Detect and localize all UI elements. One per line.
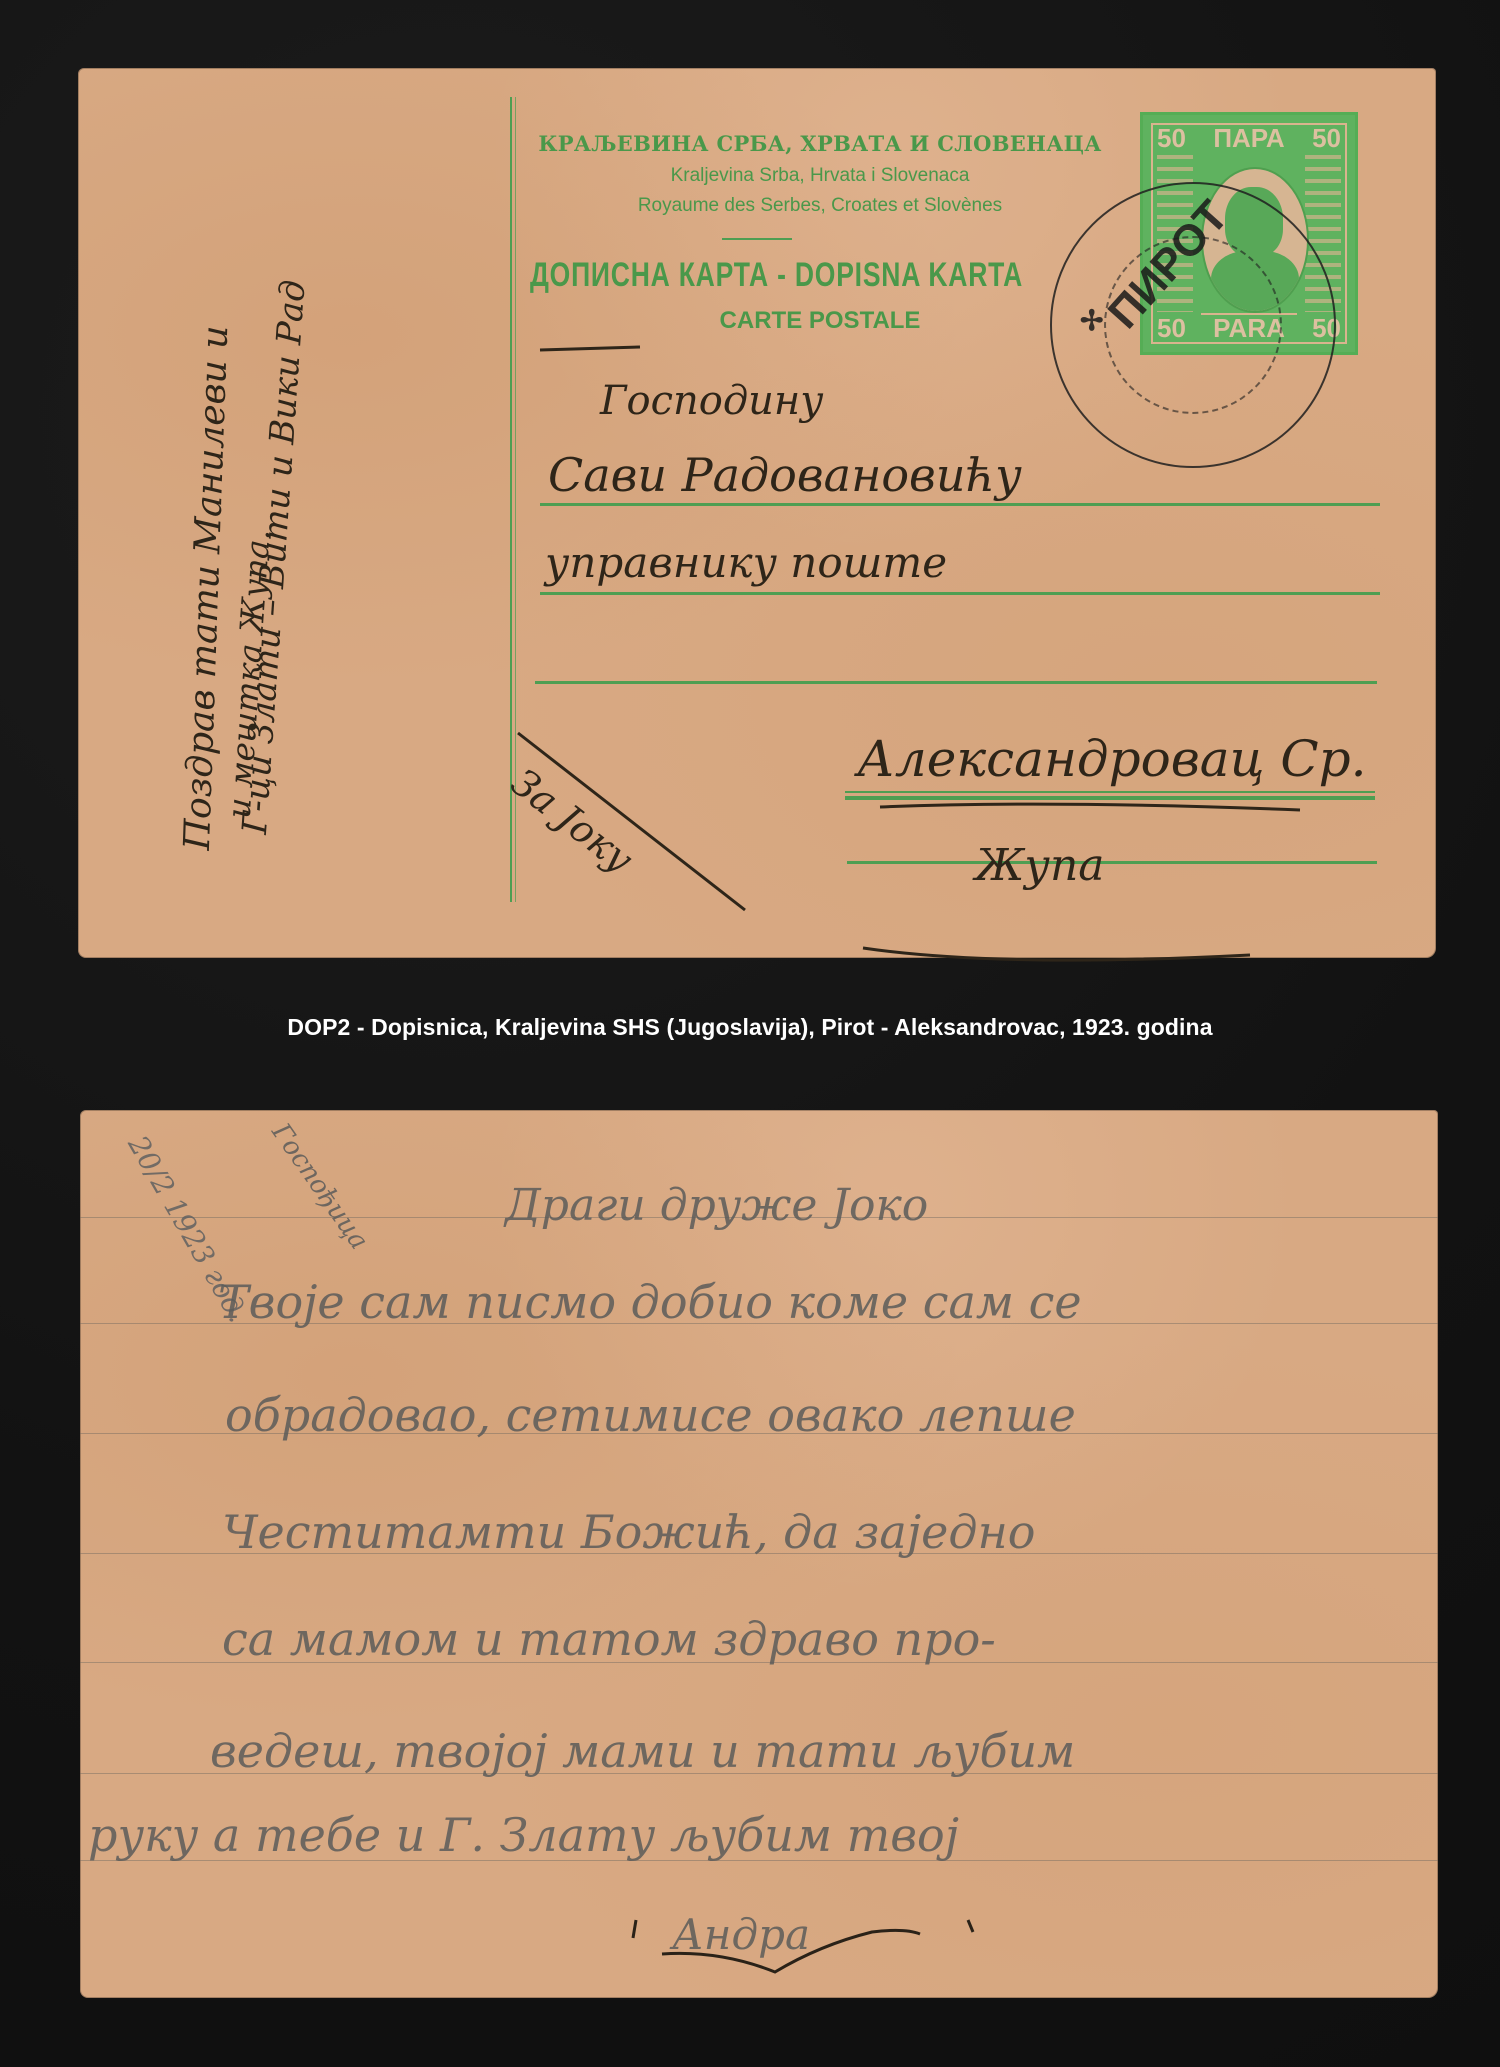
address-line-2 (540, 592, 1380, 595)
letter-line: са мамом и татом здраво про- (222, 1612, 996, 1666)
signature: Андра (672, 1910, 810, 1959)
postmark-icon: ПИРОТ ✢ (1050, 182, 1336, 468)
letter-line: ведеш, твојој мами и тати љубим (210, 1724, 1075, 1778)
address-line-1 (540, 503, 1380, 506)
address-line-5 (847, 861, 1377, 864)
postcard-title: ДОПИСНА КАРТА - DOPISNA KARTA (530, 256, 1023, 295)
kingdom-title-french: Royaume des Serbes, Croates et Slovènes (530, 195, 1110, 217)
address-salutation: Господину (600, 378, 823, 424)
address-line-4a (845, 791, 1375, 793)
address-line-4b (845, 796, 1375, 800)
address-line-3 (535, 681, 1377, 684)
kingdom-title-cyrillic: КРАЉЕВИНА СРБА, ХРВАТА И СЛОВЕНАЦА (530, 131, 1110, 156)
address-title: управнику поште (545, 538, 947, 587)
letter-line: Твоје сам писмо добио коме сам се (218, 1275, 1082, 1329)
letter-line: обрадовао, сетимисе овако лепше (225, 1388, 1076, 1442)
stamp-value-right: 50 (1312, 123, 1341, 154)
stamp-currency-cyrillic: ПАРА (1213, 123, 1284, 154)
stamp-top-value: 50 ПАРА 50 (1143, 123, 1355, 154)
address-name: Сави Радовановићу (548, 448, 1022, 502)
caption: DOP2 - Dopisnica, Kraljevina SHS (Jugosl… (0, 1014, 1500, 1041)
postcard-subtitle: CARTE POSTALE (530, 307, 1110, 335)
letter-line: руку а тебе и Г. Злату љубим твој (88, 1808, 959, 1862)
stamp-value-left: 50 (1157, 123, 1186, 154)
greeting: Драги друже Јоко (505, 1180, 928, 1231)
header-divider (722, 238, 792, 240)
address-town: Александровац Ср. (857, 730, 1367, 788)
address-region: Жупа (975, 840, 1105, 891)
kingdom-title-latin: Kraljevina Srba, Hrvata i Slovenaca (530, 165, 1110, 187)
postmark-star-icon: ✢ (1080, 304, 1103, 337)
letter-line: Честитамти Божић, да заједно (222, 1505, 1035, 1559)
